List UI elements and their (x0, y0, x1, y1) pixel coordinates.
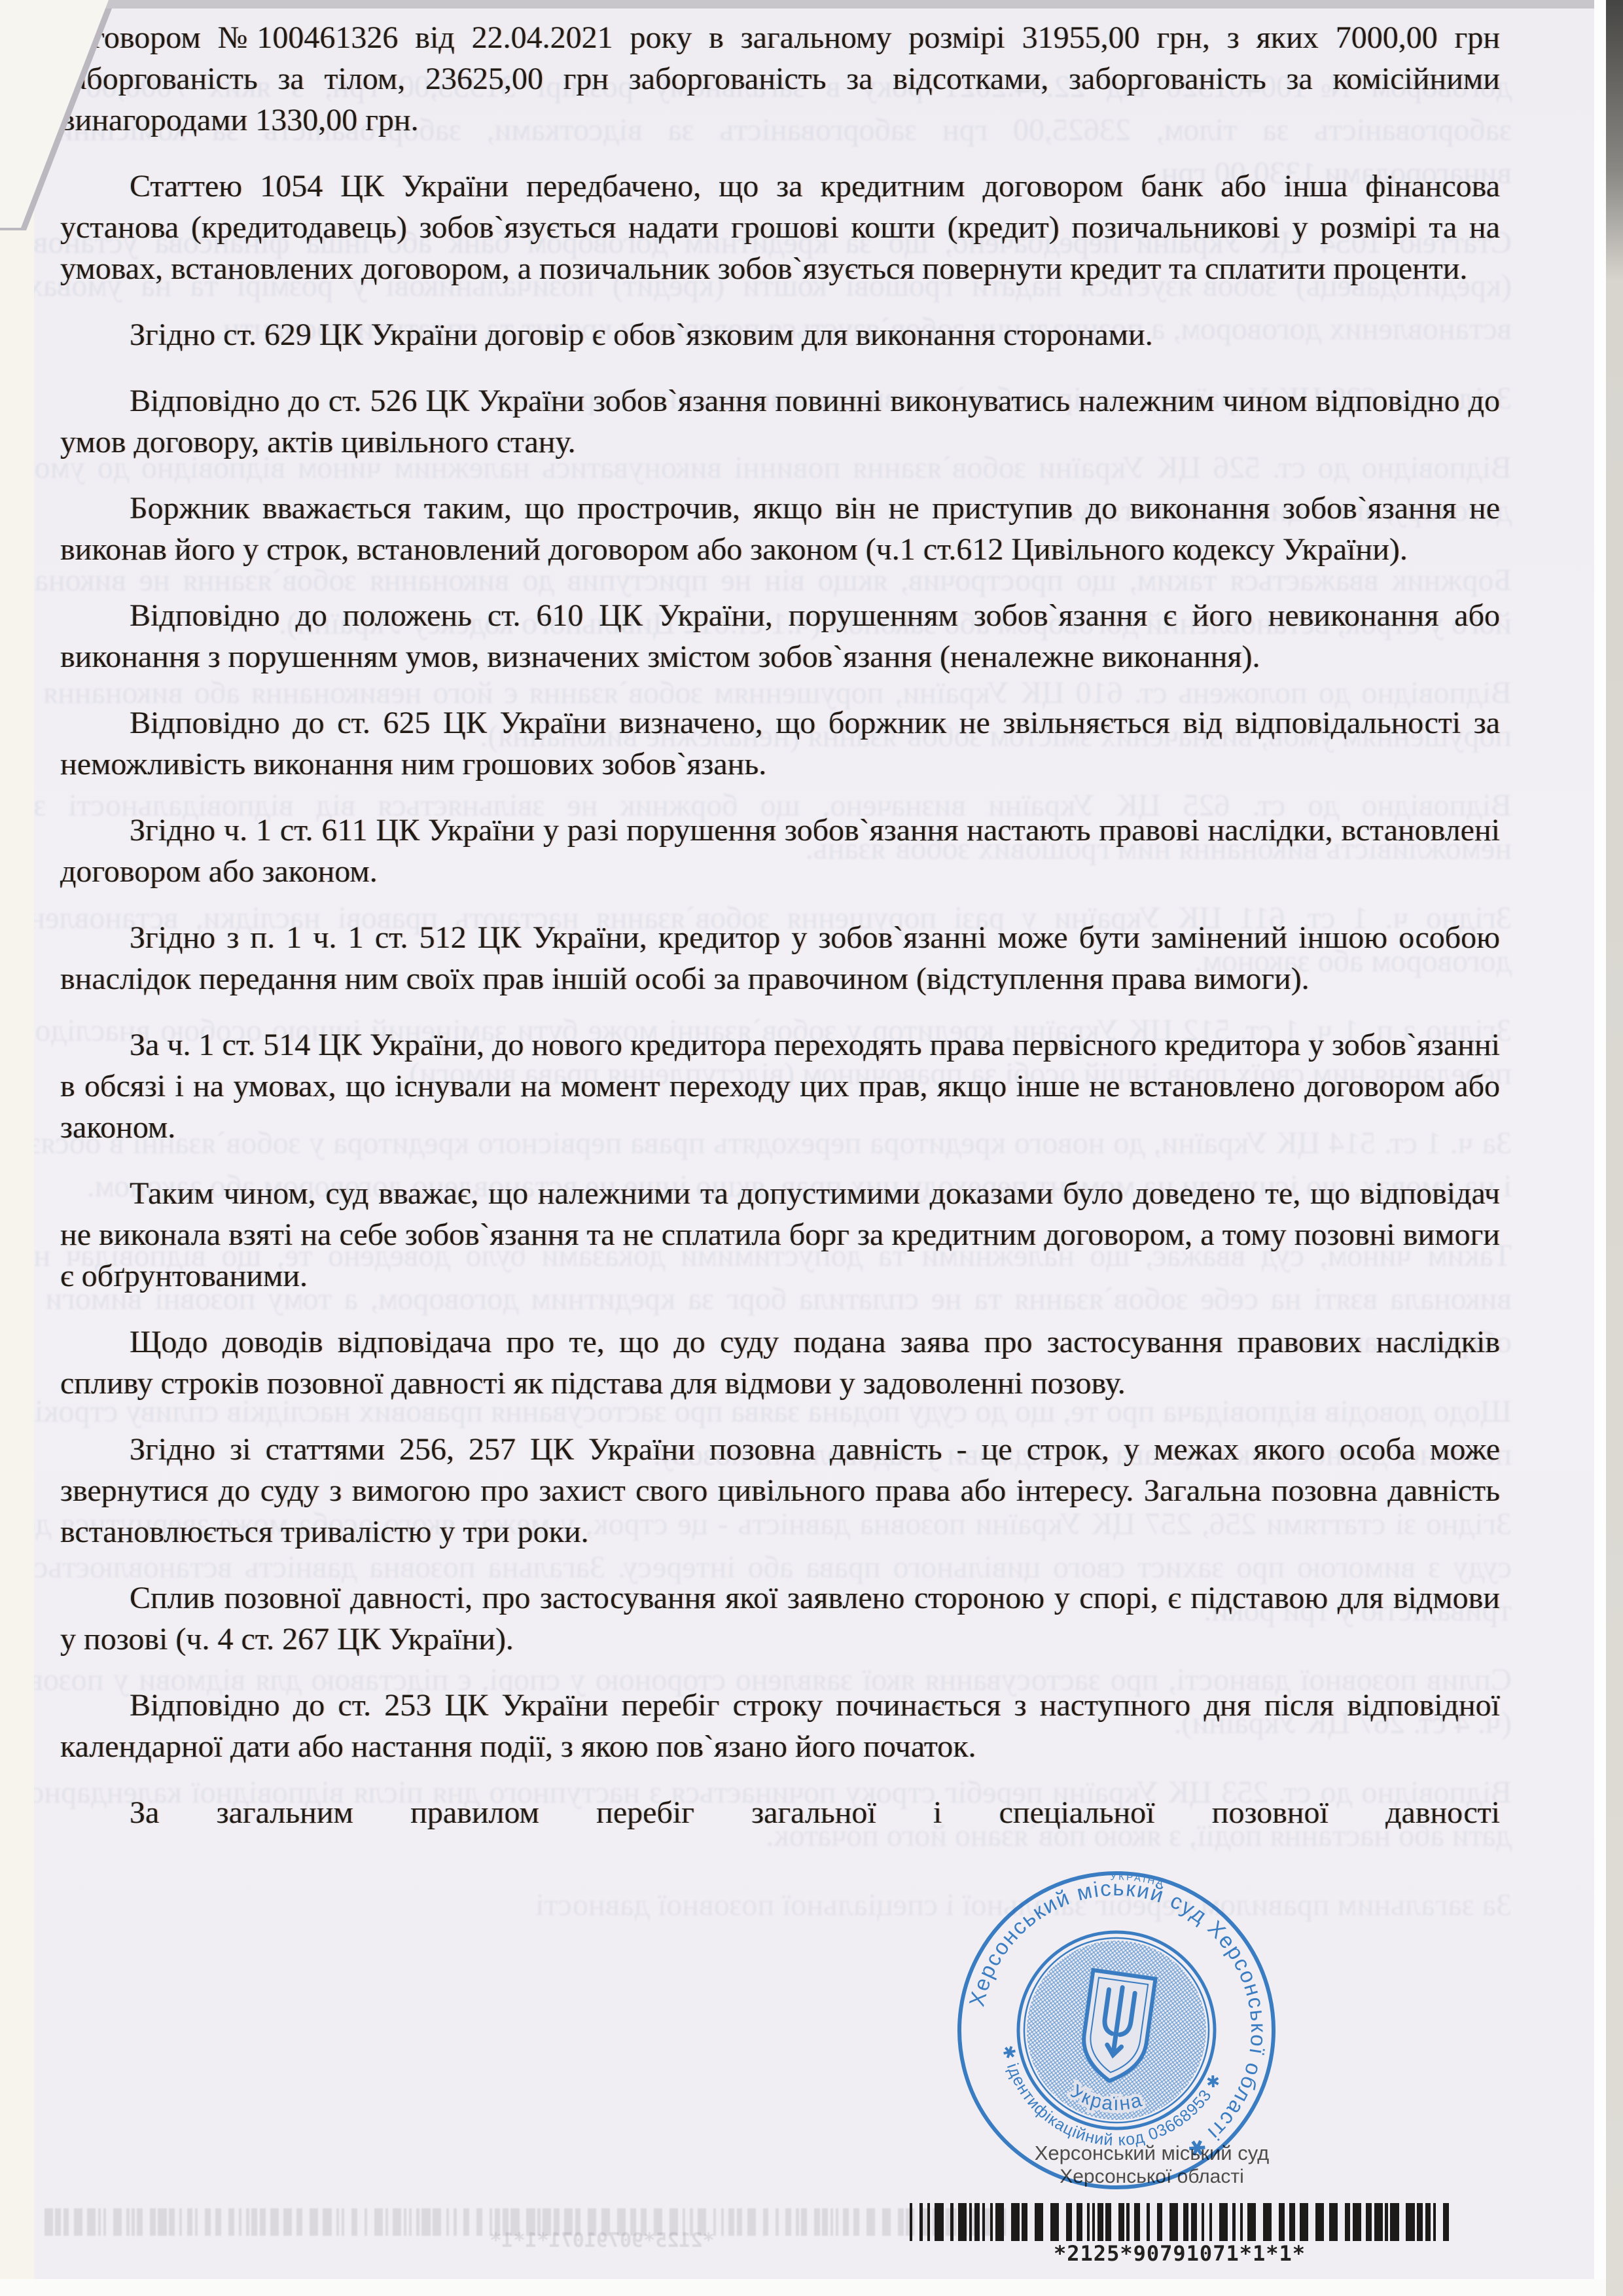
barcode-bar (1050, 2203, 1059, 2241)
barcode-gap (1308, 2203, 1315, 2241)
barcode-gap (1004, 2203, 1011, 2241)
barcode-bar (1443, 2203, 1449, 2241)
barcode-gap (1449, 2203, 1450, 2241)
barcode-gap (96, 2208, 98, 2236)
body-paragraph: Згідно зі статтями 256, 257 ЦК України п… (60, 1429, 1500, 1552)
barcode-bar (251, 2208, 257, 2236)
barcode-bar (1066, 2203, 1072, 2241)
barcode-bar (63, 2208, 69, 2236)
body-paragraph: Статтею 1054 ЦК України передбачено, що … (60, 166, 1500, 289)
barcode-bar (814, 2208, 820, 2236)
barcode-gap (249, 2208, 252, 2236)
barcode-bar (45, 2208, 53, 2236)
body-paragraph: Щодо доводів відповідача про те, що до с… (60, 1321, 1500, 1404)
barcode-gap (332, 2208, 336, 2236)
page-right-edge-highlight (1594, 0, 1606, 2296)
body-paragraph: Відповідно до положень ст. 610 ЦК Україн… (60, 595, 1500, 677)
barcode-gap (1059, 2203, 1066, 2241)
barcode-gap (1027, 2203, 1035, 2241)
barcode-gap (1111, 2203, 1118, 2241)
barcode-bar (385, 2208, 388, 2236)
body-paragraph: Боржник вважається таким, що прострочив,… (60, 488, 1500, 570)
body-paragraph: договором №100461326 від 22.04.2021 року… (60, 17, 1500, 141)
body-paragraph: Згідно з п. 1 ч. 1 ст. 512 ЦК України, к… (60, 917, 1500, 999)
barcode-gap (1150, 2203, 1157, 2241)
barcode-gap (1295, 2203, 1300, 2241)
barcode-bar (1315, 2203, 1324, 2241)
barcode-bar (1300, 2203, 1308, 2241)
barcode-gap (1162, 2203, 1169, 2241)
barcode-bar (1279, 2203, 1285, 2241)
barcode-gap (82, 2208, 87, 2236)
barcode-gap (412, 2208, 416, 2236)
barcode-bar (1011, 2203, 1020, 2241)
barcode-gap (799, 2208, 802, 2236)
barcode-bar (55, 2208, 61, 2236)
barcode-bar (1353, 2203, 1361, 2241)
barcode-bar (801, 2208, 807, 2236)
barcode-bar (1329, 2203, 1338, 2241)
barcode-gap (1272, 2203, 1279, 2241)
barcode-bar (1425, 2203, 1431, 2241)
barcode-gap (175, 2208, 179, 2236)
barcode-bar (158, 2208, 166, 2236)
barcode-gap (944, 2203, 951, 2241)
barcode-gap (221, 2208, 228, 2236)
barcode-gap (367, 2208, 374, 2236)
scanner-left-strip (0, 0, 34, 2296)
body-paragraph: Згідно ч. 1 ст. 611 ЦК України у разі по… (60, 810, 1500, 892)
barcode-bar (1263, 2203, 1272, 2241)
barcode-bar (310, 2208, 318, 2236)
barcode-bar (87, 2208, 96, 2236)
barcode-gap (357, 2208, 365, 2236)
barcode-gap (1178, 2203, 1183, 2241)
barcode-gap (912, 2203, 919, 2241)
barcode-gap (1324, 2203, 1329, 2241)
barcode-bar (1366, 2203, 1372, 2241)
barcode-gap (904, 2208, 906, 2236)
barcode-gap (954, 2203, 958, 2241)
barcode-bar (132, 2208, 134, 2236)
court-seal-stamp: УКРАЇНА Херсонський міський суд Херсонсь… (932, 1846, 1302, 2215)
body-paragraph: Сплив позовної давності, про застосуванн… (60, 1577, 1500, 1660)
barcode-gap (1140, 2203, 1147, 2241)
barcode-gap (1436, 2203, 1443, 2241)
barcode-bar (1157, 2203, 1163, 2241)
barcode-gap (1256, 2203, 1263, 2241)
barcode-bar (1035, 2203, 1043, 2241)
barcode-gap (302, 2208, 310, 2236)
barcode-bar (1374, 2203, 1383, 2241)
barcode-bar (393, 2208, 401, 2236)
barcode-gap (1361, 2203, 1366, 2241)
barcode-gap (401, 2208, 404, 2236)
body-paragraph: Таким чином, суд вважає, що належними та… (60, 1173, 1500, 1297)
barcode-bar (239, 2208, 241, 2236)
barcode-gap (39, 2208, 44, 2236)
barcode-bar (336, 2208, 339, 2236)
body-paragraph: За загальним правилом перебіг загальної … (60, 1792, 1500, 1833)
barcode-gap (101, 2208, 103, 2236)
barcode-bar (150, 2208, 156, 2236)
barcode-bar (1022, 2203, 1027, 2241)
barcode-bar (898, 2208, 904, 2236)
barcode-bar (853, 2208, 859, 2236)
barcode-gap (135, 2208, 137, 2236)
barcode-bar (409, 2208, 412, 2236)
barcode-bar (351, 2208, 357, 2236)
barcode-bar (974, 2203, 980, 2241)
body-text: договором №100461326 від 22.04.2021 року… (60, 17, 1500, 1858)
barcode-bar (958, 2203, 967, 2241)
barcode-gap (61, 2208, 63, 2236)
barcode-bar (404, 2208, 406, 2236)
barcode-gap (930, 2203, 935, 2241)
barcode-gap (1285, 2203, 1289, 2241)
barcode-gap (828, 2208, 830, 2236)
barcode-gap (820, 2208, 823, 2236)
barcode-bar (74, 2208, 82, 2236)
barcode-bar (169, 2208, 175, 2236)
barcode-gap (383, 2208, 385, 2236)
barcode-bar (342, 2208, 344, 2236)
barcode-bar (137, 2208, 143, 2236)
barcode-bar (1289, 2203, 1295, 2241)
barcode-gap (859, 2208, 866, 2236)
barcode-gap (807, 2208, 814, 2236)
barcode-bar (1390, 2203, 1399, 2241)
body-paragraph: Відповідно до ст. 625 ЦК України визначе… (60, 702, 1500, 785)
barcode-gap (53, 2208, 56, 2236)
barcode-gap (292, 2208, 296, 2236)
barcode-gap (833, 2208, 836, 2236)
barcode-bar (1183, 2203, 1189, 2241)
barcode-bar (103, 2208, 106, 2236)
barcode-bar (935, 2203, 943, 2241)
barcode-gap (234, 2208, 239, 2236)
barcode-bar (830, 2208, 833, 2236)
barcode-bar (843, 2208, 849, 2236)
barcode-bar (323, 2208, 331, 2236)
barcode-gap (1043, 2203, 1050, 2241)
barcode-bar (297, 2208, 303, 2236)
barcode-bar (98, 2208, 101, 2236)
barcode-gap (156, 2208, 158, 2236)
barcode-bar (126, 2208, 129, 2236)
barcode-bar (205, 2208, 211, 2236)
barcode-bar (1406, 2203, 1414, 2241)
bleedthrough-barcode-label: *2125*90791071*1*1* (419, 2229, 785, 2252)
barcode-label: *2125*90791071*1*1* (1054, 2241, 1305, 2266)
barcode-gap (923, 2203, 927, 2241)
barcode-gap (791, 2208, 796, 2236)
barcode-bar (187, 2208, 193, 2236)
barcode-bar (836, 2208, 838, 2236)
barcode-bar (1345, 2203, 1351, 2241)
barcode-bar (995, 2203, 1004, 2241)
barcode-gap (891, 2208, 898, 2236)
scanner-top-edge (98, 0, 1614, 9)
barcode-gap (106, 2208, 113, 2236)
barcode-gap (1072, 2203, 1077, 2241)
barcode-gap (182, 2208, 187, 2236)
barcode-gap (122, 2208, 126, 2236)
barcode-gap (339, 2208, 342, 2236)
scanned-court-document-page: договором №100461326 від 22.04.2021 року… (0, 0, 1623, 2296)
barcode-bar (228, 2208, 234, 2236)
body-paragraph: Згідно ст. 629 ЦК України договір є обов… (60, 314, 1500, 355)
barcode-bar (1134, 2203, 1140, 2241)
body-paragraph: Відповідно до ст. 526 ЦК України зобов`я… (60, 380, 1500, 463)
barcode-bar (1077, 2203, 1082, 2241)
barcode-gap (1130, 2203, 1134, 2241)
barcode-gap (69, 2208, 73, 2236)
barcode-gap (875, 2208, 882, 2236)
barcode-bar (796, 2208, 798, 2236)
barcode-gap (211, 2208, 215, 2236)
barcode-gap (167, 2208, 169, 2236)
barcode-bar (283, 2208, 292, 2236)
barcode-gap (1399, 2203, 1406, 2241)
barcode-gap (388, 2208, 393, 2236)
barcode-bar (195, 2208, 198, 2236)
barcode-gap (198, 2208, 205, 2236)
barcode-gap (838, 2208, 843, 2236)
barcode-bar (1118, 2203, 1124, 2241)
barcode-bars (910, 2203, 1450, 2241)
barcode-bar (866, 2208, 875, 2236)
barcode-gap (143, 2208, 150, 2236)
barcode-gap (279, 2208, 283, 2236)
barcode-bar (1105, 2203, 1111, 2241)
barcode-bar (374, 2208, 383, 2236)
barcode-bar (179, 2208, 182, 2236)
barcode-gap (849, 2208, 853, 2236)
barcode-gap (266, 2208, 270, 2236)
barcode-gap (1338, 2203, 1345, 2241)
barcode-gap (192, 2208, 195, 2236)
barcode-bar (822, 2208, 828, 2236)
barcode-bar (785, 2208, 791, 2236)
barcode-gap (344, 2208, 351, 2236)
body-paragraph: За ч. 1 ст. 514 ЦК України, до нового кр… (60, 1024, 1500, 1148)
barcode-bar (1191, 2203, 1197, 2241)
barcode-bar (113, 2208, 122, 2236)
scanner-right-edge (1606, 0, 1623, 2296)
barcode-gap (130, 2208, 132, 2236)
barcode-gap (318, 2208, 323, 2236)
barcode-bar (246, 2208, 249, 2236)
barcode-bar (260, 2208, 266, 2236)
barcode-gap (985, 2203, 990, 2241)
body-paragraph: Відповідно до ст. 253 ЦК України перебіг… (60, 1685, 1500, 1767)
barcode-bar (270, 2208, 279, 2236)
scanner-bottom-strip (0, 2279, 1623, 2296)
barcode-bar (1417, 2203, 1423, 2241)
barcode-gap (1204, 2203, 1209, 2241)
barcode-gap (1197, 2203, 1202, 2241)
barcode-bar (882, 2208, 891, 2236)
barcode-gap (406, 2208, 409, 2236)
barcode-gap (257, 2208, 260, 2236)
barcode-bar (215, 2208, 221, 2236)
barcode-bar (1097, 2203, 1103, 2241)
barcode-bar (1169, 2203, 1178, 2241)
barcode-bar (365, 2208, 367, 2236)
barcode-gap (1082, 2203, 1087, 2241)
barcode-gap (241, 2208, 246, 2236)
